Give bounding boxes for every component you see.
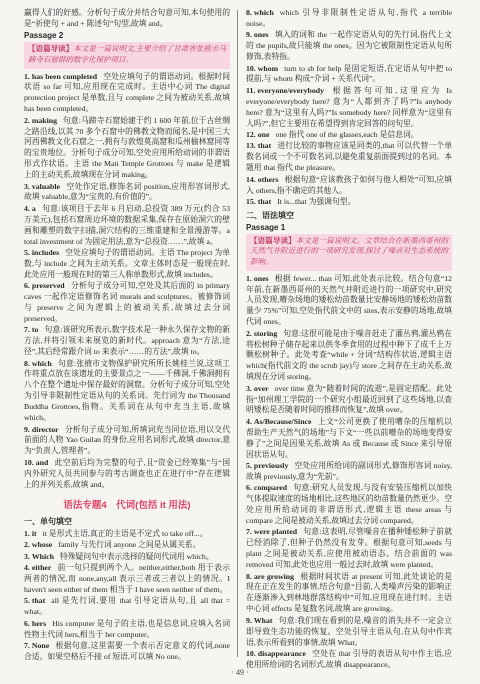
continued-paragraph: 赢得人们的好感。分析句子成分并结合句意可知,本句使用的是“祈使句 + and +… bbox=[24, 8, 230, 30]
answer-item: 2.storing句意:这很可能是由于噪音赶走了灌丛鸦,灌丛鸦在将松树种子储存起… bbox=[246, 329, 452, 384]
answer-item: 4.either前一句只提到两个人。neither,either,both 用于… bbox=[24, 563, 230, 596]
item-explanation: 句意:马蹄寺石窟始建于约 1 600 年前,位于古丝绸之路沿线,以其 70 多个… bbox=[24, 116, 230, 180]
item-explanation: 前一句只提到两个人。neither,either,both 用于表示两者的情况,… bbox=[24, 563, 230, 594]
item-number: 1. bbox=[24, 529, 30, 538]
item-number: 12. bbox=[246, 130, 256, 139]
item-explanation: 句意:该研究所表示,数字技术是一种永久保存文物的新方法,并将引领未来展览的新时代… bbox=[24, 325, 230, 356]
item-answer: whose bbox=[32, 540, 52, 549]
answer-item: 5.includes空处应填句子的谓语动词。主语 The project 为单数… bbox=[24, 248, 230, 281]
answer-item: 7.None根据句意,这里需要一个表示否定意义的代词,none 合适。如果空格后… bbox=[24, 641, 230, 663]
item-answer: includes bbox=[32, 248, 59, 257]
single-sentence-answer-list-continued: 8.whichwhich 引导非限制性定语从句,指代 a terrible no… bbox=[246, 8, 452, 208]
item-answer: has been completed bbox=[32, 72, 97, 81]
answer-item: 3.valuable空处作定语,修饰名词 position,应用形容词形式,故填… bbox=[24, 182, 230, 204]
item-number: 3. bbox=[24, 552, 30, 561]
answer-item: 6.preserved分析句子成分可知,空处及其后面的 in primary c… bbox=[24, 281, 230, 325]
item-answer: were planted bbox=[254, 527, 297, 536]
item-number: 1. bbox=[24, 72, 30, 81]
answer-item: 8.whichwhich 引导非限制性定语从句,指代 a terrible no… bbox=[246, 8, 452, 30]
item-answer: Which bbox=[32, 552, 54, 561]
answer-item: 1.ones根据 fewer... than 可知,此处表示比较。结合句意“12… bbox=[246, 274, 452, 329]
answer-item: 15.thatIt is...that 为强调句型。 bbox=[246, 197, 452, 208]
item-answer: director bbox=[32, 425, 59, 434]
passage-1-label: Passage 1 bbox=[246, 223, 452, 232]
item-explanation: His computer 是句子的主语,也是信息词,应填入名词性物主代词 her… bbox=[24, 619, 230, 639]
answer-item: 7.were planted句意:这表明,尽管噪音在播种矮松种子前就已经消除了,… bbox=[246, 527, 452, 571]
item-explanation: It is...that 为强调句型。 bbox=[277, 197, 355, 206]
textbook-page: 赢得人们的好感。分析句子成分并结合句意可知,本句使用的是“祈使句 + and +… bbox=[0, 0, 480, 684]
item-answer: a bbox=[32, 204, 36, 213]
item-answer: compared bbox=[254, 483, 287, 492]
left-column: 赢得人们的好感。分析句子成分并结合句意可知,本句使用的是“祈使句 + and +… bbox=[24, 8, 237, 671]
item-answer: which bbox=[32, 359, 52, 368]
item-number: 13. bbox=[246, 141, 256, 150]
item-answer: making bbox=[32, 116, 57, 125]
passage-2-label: Passage 2 bbox=[24, 31, 230, 40]
answer-item: 8.which句意:张掖市文物保护研究所所长姚桂兰说,这项工作将重点放在该遗址的… bbox=[24, 359, 230, 424]
item-explanation: over time 意为“随着时间的流逝”,是固定搭配。此处指“加州理工学院的一… bbox=[246, 384, 452, 415]
item-number: 6. bbox=[24, 281, 30, 290]
item-number: 5. bbox=[24, 248, 30, 257]
item-number: 6. bbox=[246, 483, 252, 492]
item-explanation: 根据 fewer... than 可知,此处表示比较。结合句意“12 年前,在新… bbox=[246, 274, 452, 327]
answer-item: 4.a句意:该项目于去年 6 月启动,总投资 389 万元(约合 53 万美元)… bbox=[24, 204, 230, 248]
item-number: 7. bbox=[246, 527, 252, 536]
item-explanation: 填入的词和 the 一起作定语从句的先行词,指代上文的 the pupils,故… bbox=[246, 30, 452, 61]
item-explanation: one 指代 one of the glasses,each 是信息词。 bbox=[275, 130, 418, 139]
answer-item: 3.overover time 意为“随着时间的流逝”,是固定搭配。此处指“加州… bbox=[246, 384, 452, 417]
item-answer: storing bbox=[254, 329, 277, 338]
section-1-header: 一、单句填空 bbox=[24, 516, 230, 527]
answer-item: 2.making句意:马蹄寺石窟始建于约 1 600 年前,位于古丝绸之路沿线,… bbox=[24, 116, 230, 181]
item-answer: previously bbox=[254, 461, 289, 470]
answer-item: 10.whomturn to sb for help 是固定短语,在定语从句中把… bbox=[246, 64, 452, 86]
item-number: 11. bbox=[246, 86, 255, 95]
item-answer: one bbox=[258, 130, 270, 139]
item-answer: ones bbox=[254, 30, 269, 39]
item-number: 8. bbox=[24, 359, 30, 368]
item-answer: to bbox=[32, 325, 39, 334]
item-number: 6. bbox=[24, 619, 30, 628]
item-answer: whom bbox=[258, 64, 278, 73]
item-explanation: family 与先行词 anyone 之间是从属关系。 bbox=[58, 540, 200, 549]
answer-item: 8.are growing根据时间状语 at present 可知,此处谈论的是… bbox=[246, 572, 452, 616]
item-number: 5. bbox=[246, 461, 252, 470]
answer-item: 1.itit 是形式主语,真正的主语是不定式 to take off...。 bbox=[24, 529, 230, 540]
item-answer: that bbox=[258, 141, 271, 150]
item-number: 4. bbox=[246, 417, 252, 426]
answer-item: 3.Which特殊疑问句中表示选择的疑问代词用 which。 bbox=[24, 552, 230, 563]
item-number: 8. bbox=[246, 8, 252, 17]
answer-item: 1.has been completed空处应填句子的谓语动词。根据时间状语 s… bbox=[24, 72, 230, 116]
grammar-fill-answer-list: 1.ones根据 fewer... than 可知,此处表示比较。结合句意“12… bbox=[246, 274, 452, 671]
item-answer: are growing bbox=[254, 572, 294, 581]
answer-item: 11.everyone/everybody根据答句可知,这里应为 Is ever… bbox=[246, 86, 452, 130]
answer-item: 12.oneone 指代 one of the glasses,each 是信息… bbox=[246, 130, 452, 141]
item-answer: it bbox=[32, 529, 37, 538]
item-number: 2. bbox=[246, 329, 252, 338]
item-number: 9. bbox=[246, 30, 252, 39]
answer-item: 6.hersHis computer 是句子的主语,也是信息词,应填入名词性物主… bbox=[24, 619, 230, 641]
item-number: 7. bbox=[24, 641, 30, 650]
item-explanation: 进行比较的事物应该是同类的,that 可以代替一个单数名词或一个不可数名词,以避… bbox=[246, 141, 452, 172]
page-content: 赢得人们的好感。分析句子成分并结合句意可知,本句使用的是“祈使句 + and +… bbox=[0, 0, 480, 671]
answer-item: 14.others根据句意“应该教孩子如何与他人相处”可知,应填入 others… bbox=[246, 175, 452, 197]
item-number: 10. bbox=[24, 458, 34, 467]
item-explanation: 句意:该项目于去年 6 月启动,总投资 389 万元(约合 53 万美元),包括… bbox=[24, 204, 230, 246]
answer-item: 13.that进行比较的事物应该是同类的,that 可以代替一个单数名词或一个不… bbox=[246, 141, 452, 174]
item-explanation: 特殊疑问句中表示选择的疑问代词用 which。 bbox=[60, 552, 214, 561]
page-number: · 49 · bbox=[0, 668, 480, 677]
answer-item: 9.ones填入的词和 the 一起作定语从句的先行词,指代上文的 the pu… bbox=[246, 30, 452, 63]
item-number: 4. bbox=[24, 563, 30, 572]
item-number: 2. bbox=[24, 540, 30, 549]
item-number: 2. bbox=[24, 116, 30, 125]
item-number: 1. bbox=[246, 274, 252, 283]
item-number: 3. bbox=[24, 182, 30, 191]
item-explanation: all 是先行词,要用 that 引导定语从句,且 all that = wha… bbox=[24, 596, 230, 616]
guide-label: 【语篇导读】 bbox=[28, 44, 73, 53]
answer-item: 6.compared句意:研究人员发现,与没有安装压缩机以加快气体提取速度的场地… bbox=[246, 483, 452, 527]
guide-box-passage-2: 【语篇导读】本文是一篇说明文,主要介绍了甘肃省张掖市马蹄寺石窟群的数字化保护项目… bbox=[24, 42, 230, 68]
answer-item: 5.previously空处应用所给词的副词形式,修饰形容词 noisy,故填 … bbox=[246, 461, 452, 483]
item-number: 3. bbox=[246, 384, 252, 393]
item-answer: that bbox=[32, 596, 45, 605]
item-number: 7. bbox=[24, 325, 30, 334]
item-explanation: 根据句意,这里需要一个表示否定意义的代词,none 合适。如果空格后不接 of … bbox=[24, 641, 230, 661]
item-number: 15. bbox=[246, 197, 256, 206]
item-answer: As/Because/Since bbox=[254, 417, 312, 426]
item-answer: over bbox=[254, 384, 269, 393]
item-answer: everyone/everybody bbox=[257, 86, 324, 95]
item-number: 9. bbox=[246, 616, 252, 625]
item-number: 8. bbox=[246, 572, 252, 581]
item-explanation: 句意:我们现在看到的是,噪音的消失并不一定会立即导致生态功能的恢复。空处引导主语… bbox=[246, 616, 452, 647]
item-number: 5. bbox=[24, 596, 30, 605]
item-number: 14. bbox=[246, 175, 256, 184]
single-sentence-answer-list: 1.itit 是形式主语,真正的主语是不定式 to take off...。 2… bbox=[24, 529, 230, 663]
item-answer: which bbox=[254, 8, 274, 17]
grammar-topic-header: 语法专题4 代词(包括 it 用法) bbox=[24, 497, 230, 511]
answer-item: 9.director分析句子成分可知,所填词充当同位语,用以交代前面的人物 Ya… bbox=[24, 425, 230, 458]
item-number: 4. bbox=[24, 204, 30, 213]
item-explanation: 此空前后均为完整的句子,且“资金已经筹集”与“国内外研究人员共同参与的考古调查也… bbox=[24, 458, 230, 489]
item-answer: disappearance bbox=[258, 649, 306, 658]
guide-box-passage-1: 【语篇导读】本文是一篇说明文。文章结合在新墨西哥州的天然气井附近进行的一项研究发… bbox=[246, 234, 452, 271]
answer-item: 5.thatall 是先行词,要用 that 引导定语从句,且 all that… bbox=[24, 596, 230, 618]
answer-item: 7.to句意:该研究所表示,数字技术是一种永久保存文物的新方法,并将引领未来展览… bbox=[24, 325, 230, 358]
answer-item: 9.What句意:我们现在看到的是,噪音的消失并不一定会立即导致生态功能的恢复。… bbox=[246, 616, 452, 649]
passage-2-answer-list: 1.has been completed空处应填句子的谓语动词。根据时间状语 s… bbox=[24, 72, 230, 491]
item-answer: and bbox=[36, 458, 49, 467]
item-number: 10. bbox=[246, 64, 256, 73]
item-answer: valuable bbox=[32, 182, 60, 191]
item-answer: either bbox=[32, 563, 51, 572]
item-answer: None bbox=[32, 641, 49, 650]
item-answer: hers bbox=[32, 619, 46, 628]
item-answer: ones bbox=[254, 274, 269, 283]
item-answer: What bbox=[254, 616, 273, 625]
guide-label: 【语篇导读】 bbox=[250, 236, 296, 245]
right-column: 8.whichwhich 引导非限制性定语从句,指代 a terrible no… bbox=[238, 8, 452, 671]
item-explanation: it 是形式主语,真正的主语是不定式 to take off...。 bbox=[43, 529, 208, 538]
section-2-header: 二、语法填空 bbox=[246, 210, 452, 221]
item-number: 10. bbox=[246, 649, 256, 658]
answer-item: 10.and此空前后均为完整的句子,且“资金已经筹集”与“国内外研究人员共同参与… bbox=[24, 458, 230, 491]
answer-item: 2.whosefamily 与先行词 anyone 之间是从属关系。 bbox=[24, 540, 230, 551]
item-number: 9. bbox=[24, 425, 30, 434]
item-explanation: which 引导非限制性定语从句,指代 a terrible noise。 bbox=[246, 8, 452, 28]
answer-item: 4.As/Because/Since上文“公司更换了使用嘈杂的压缩机以帮助生产天… bbox=[246, 417, 452, 461]
item-answer: preserved bbox=[32, 281, 65, 290]
item-explanation: 句意:张掖市文物保护研究所所长姚桂兰说,这项工作将重点放在该遗址的主要景点之一—… bbox=[24, 359, 230, 423]
item-answer: that bbox=[258, 197, 271, 206]
item-answer: others bbox=[258, 175, 279, 184]
